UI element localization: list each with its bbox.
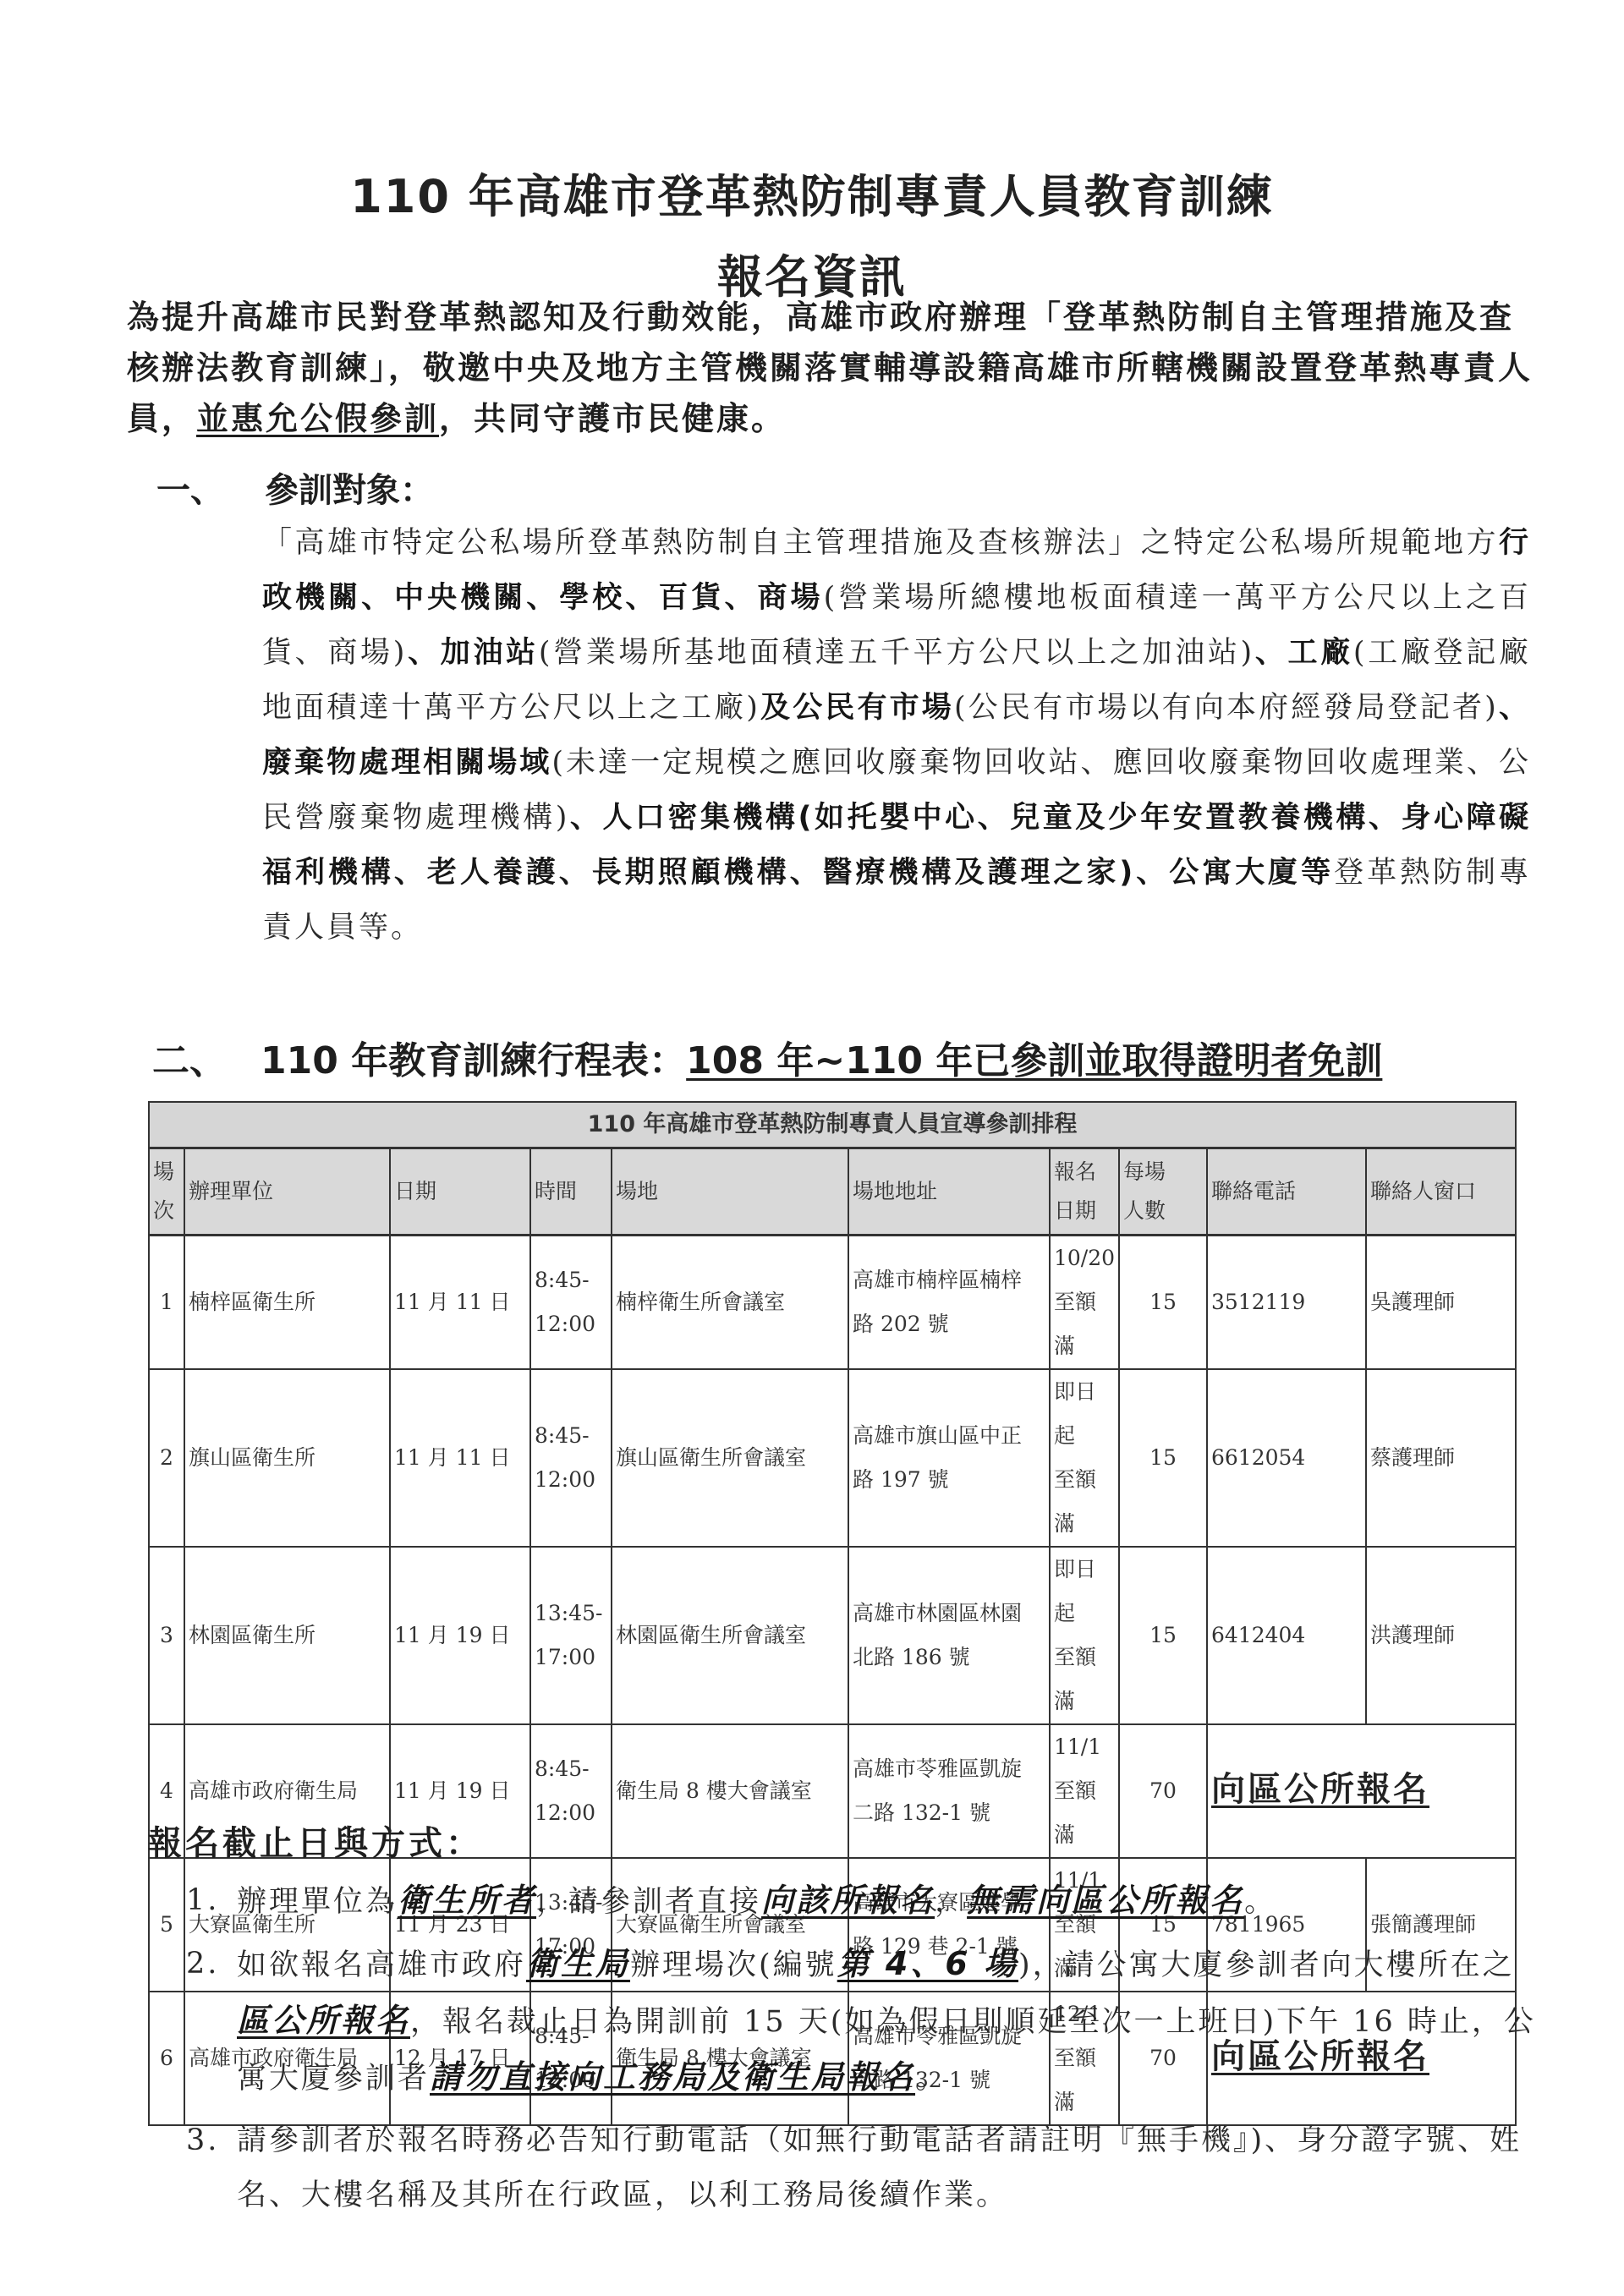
- venue-cell: 旗山區衛生所會議室: [612, 1369, 848, 1547]
- table-caption: 110 年高雄市登革熱防制專責人員宣導參訓排程: [149, 1102, 1516, 1148]
- register-at-district-office-cell: 向區公所報名: [1207, 1724, 1516, 1858]
- contact-cell: 蔡護理師: [1366, 1369, 1516, 1547]
- address-cell: 高雄市林園區林園北路 186 號: [848, 1547, 1050, 1724]
- column-header-line1: 聯絡電話: [1211, 1172, 1362, 1211]
- rule-emphasis: 衛生所者: [398, 1882, 536, 1919]
- registration-start: 即日起: [1054, 1548, 1115, 1636]
- time-cell: 8:45-12:00: [530, 1236, 612, 1370]
- column-header: 報名日期: [1050, 1148, 1119, 1236]
- registration-start: 即日起: [1054, 1370, 1115, 1458]
- time-end: 17:00: [535, 1636, 607, 1680]
- column-header-line2: 日期: [1054, 1192, 1115, 1230]
- registration-start: 11/1: [1054, 1725, 1115, 1769]
- column-header: 時間: [530, 1148, 612, 1236]
- section-3-heading: 報名截止日與方式：: [148, 1817, 483, 1865]
- venue-cell: 楠梓衛生所會議室: [612, 1236, 848, 1370]
- date-cell: 11 月 11 日: [390, 1236, 530, 1370]
- session-number-cell: 3: [149, 1547, 184, 1724]
- body-text: 「高雄市特定公私場所登革熱防制自主管理措施及查核辦法」之特定公私場所規範地方: [262, 526, 1499, 560]
- column-header: 場次: [149, 1148, 184, 1236]
- time-end: 12:00: [535, 1458, 607, 1502]
- session-number-cell: 2: [149, 1369, 184, 1547]
- rule-emphasis: 無需向區公所報名: [967, 1882, 1244, 1919]
- rule-number: 2.: [186, 1937, 219, 1992]
- registration-date-cell: 10/20至額滿: [1050, 1236, 1119, 1370]
- section-1-body: 「高雄市特定公私場所登革熱防制自主管理措施及查核辦法」之特定公私場所規範地方行政…: [262, 516, 1531, 956]
- document-title: 110 年高雄市登革熱防制專責人員教育訓練: [0, 161, 1624, 226]
- column-header-line1: 時間: [535, 1172, 607, 1211]
- table-header-row: 場次辦理單位日期時間場地場地地址報名日期每場人數聯絡電話聯絡人窗口: [149, 1148, 1516, 1236]
- column-header: 日期: [390, 1148, 530, 1236]
- session-number-cell: 6: [149, 1992, 184, 2125]
- column-header-line1: 每場: [1123, 1153, 1203, 1192]
- address-line1: 高雄市苓雅區凱旋: [853, 1747, 1045, 1791]
- column-header: 每場人數: [1119, 1148, 1207, 1236]
- column-header-line1: 辦理單位: [189, 1172, 386, 1211]
- session-number-cell: 1: [149, 1236, 184, 1370]
- time-start: 8:45-: [535, 1414, 607, 1458]
- phone-cell: 6412404: [1207, 1547, 1366, 1724]
- registration-date-cell: 11/1至額滿: [1050, 1724, 1119, 1858]
- address-cell: 高雄市楠梓區楠梓路 202 號: [848, 1236, 1050, 1370]
- column-header-line2: 次: [153, 1192, 180, 1230]
- registration-end: 至額滿: [1054, 1636, 1115, 1723]
- time-start: 13:45-: [535, 1592, 607, 1636]
- column-header: 聯絡電話: [1207, 1148, 1366, 1236]
- registration-rule-item: 3.請參訓者於報名時務必告知行動電話（如無行動電話者請註明『無手機』)、身分證字…: [186, 2113, 1539, 2223]
- time-cell: 8:45-12:00: [530, 1724, 612, 1858]
- registration-rule-item: 1.辦理單位為衛生所者，請參訓者直接向該所報名，無需向區公所報名。: [186, 1873, 1539, 1930]
- rule-text: 辦理單位為: [237, 1885, 398, 1919]
- time-cell: 8:45-12:00: [530, 1369, 612, 1547]
- table-row: 3林園區衛生所11 月 19 日13:45-17:00林園區衛生所會議室高雄市林…: [149, 1547, 1516, 1724]
- intro-underlined-text: 並惠允公假參訓: [196, 400, 439, 437]
- rule-text: ，請參訓者直接: [536, 1885, 761, 1919]
- contact-cell: 洪護理師: [1366, 1547, 1516, 1724]
- organizer-cell: 楠梓區衛生所: [184, 1236, 390, 1370]
- time-start: 8:45-: [535, 1258, 607, 1302]
- venue-cell: 林園區衛生所會議室: [612, 1547, 848, 1724]
- rule-number: 1.: [186, 1873, 219, 1928]
- table-row: 1楠梓區衛生所11 月 11 日8:45-12:00楠梓衛生所會議室高雄市楠梓區…: [149, 1236, 1516, 1370]
- column-header-line1: 報名: [1054, 1153, 1115, 1192]
- rule-text: 請參訓者於報名時務必告知行動電話（如無行動電話者請註明『無手機』)、身分證字號、…: [237, 2123, 1522, 2212]
- registration-rule-item: 2.如欲報名高雄市政府衛生局辦理場次(編號第 4、6 場)，請公寓大廈參訓者向大…: [186, 1937, 1539, 2107]
- address-line2: 二路 132-1 號: [853, 1791, 1045, 1835]
- rule-text: 。: [915, 2062, 947, 2096]
- address-line1: 高雄市楠梓區楠梓: [853, 1258, 1045, 1302]
- address-line1: 高雄市林園區林園: [853, 1592, 1045, 1636]
- address-line2: 路 197 號: [853, 1458, 1045, 1502]
- address-cell: 高雄市旗山區中正路 197 號: [848, 1369, 1050, 1547]
- session-number-cell: 5: [149, 1858, 184, 1992]
- column-header-line1: 場地地址: [853, 1172, 1045, 1211]
- register-at-district-office-note: 向區公所報名: [1211, 1770, 1429, 1809]
- section-1-title: 參訓對象：: [265, 471, 434, 510]
- rule-emphasis: 請勿直接向工務局及衛生局報名: [430, 2058, 915, 2096]
- capacity-cell: 15: [1119, 1369, 1207, 1547]
- emphasized-target: 及公民有市場: [760, 691, 954, 725]
- registration-end: 至額滿: [1054, 1458, 1115, 1546]
- capacity-cell: 70: [1119, 1724, 1207, 1858]
- address-cell: 高雄市苓雅區凱旋二路 132-1 號: [848, 1724, 1050, 1858]
- section-1-number: 一、: [156, 471, 224, 510]
- column-header: 場地地址: [848, 1148, 1050, 1236]
- section-2-exemption-note: 108 年~110 年已參訓並取得證明者免訓: [686, 1039, 1382, 1082]
- address-line2: 北路 186 號: [853, 1636, 1045, 1680]
- rule-emphasis: 區公所報名: [237, 2002, 410, 2039]
- rule-text: )，請公寓大廈參訓者向大樓所在之: [1018, 1948, 1515, 1982]
- time-cell: 13:45-17:00: [530, 1547, 612, 1724]
- rule-text: 辦理場次(編號: [630, 1948, 837, 1982]
- intro-text-2: ，共同守護市民健康。: [439, 400, 786, 437]
- column-header-line1: 聯絡人窗口: [1370, 1172, 1512, 1211]
- emphasized-target: 、工廠: [1254, 636, 1353, 670]
- body-text: (營業場所基地面積達五千平方公尺以上之加油站): [539, 636, 1254, 670]
- registration-rules-list: 1.辦理單位為衛生所者，請參訓者直接向該所報名，無需向區公所報名。2.如欲報名高…: [186, 1873, 1539, 2230]
- section-1-heading: 一、參訓對象：: [156, 463, 434, 512]
- venue-cell: 衛生局 8 樓大會議室: [612, 1724, 848, 1858]
- rule-number: 3.: [186, 2113, 219, 2168]
- column-header: 聯絡人窗口: [1366, 1148, 1516, 1236]
- rule-emphasis: 衛生局: [526, 1945, 630, 1982]
- rule-emphasis: 向該所報名: [761, 1882, 935, 1919]
- column-header-line1: 日期: [394, 1172, 526, 1211]
- body-text: (公民有市場以有向本府經發局登記者): [954, 691, 1499, 725]
- column-header-line2: 人數: [1123, 1192, 1203, 1230]
- registration-start: 10/20: [1054, 1236, 1115, 1280]
- time-start: 8:45-: [535, 1747, 607, 1791]
- section-2-title: 110 年教育訓練行程表：: [261, 1039, 686, 1082]
- column-header: 場地: [612, 1148, 848, 1236]
- rule-text: ，: [935, 1885, 967, 1919]
- date-cell: 11 月 11 日: [390, 1369, 530, 1547]
- section-2-number: 二、: [152, 1039, 227, 1082]
- organizer-cell: 林園區衛生所: [184, 1547, 390, 1724]
- rule-text: 如欲報名高雄市政府: [237, 1948, 526, 1982]
- rule-emphasis: 第 4、6 場: [837, 1945, 1018, 1982]
- time-end: 12:00: [535, 1791, 607, 1835]
- section-2-heading: 二、110 年教育訓練行程表：108 年~110 年已參訓並取得證明者免訓: [152, 1030, 1382, 1084]
- date-cell: 11 月 19 日: [390, 1547, 530, 1724]
- column-header-line1: 場地: [616, 1172, 844, 1211]
- table-row: 2旗山區衛生所11 月 11 日8:45-12:00旗山區衛生所會議室高雄市旗山…: [149, 1369, 1516, 1547]
- address-line2: 路 202 號: [853, 1302, 1045, 1346]
- contact-cell: 吳護理師: [1366, 1236, 1516, 1370]
- rule-text: 。: [1244, 1885, 1276, 1919]
- phone-cell: 6612054: [1207, 1369, 1366, 1547]
- registration-date-cell: 即日起至額滿: [1050, 1547, 1119, 1724]
- registration-date-cell: 即日起至額滿: [1050, 1369, 1119, 1547]
- registration-end: 至額滿: [1054, 1280, 1115, 1368]
- time-end: 12:00: [535, 1302, 607, 1346]
- registration-end: 至額滿: [1054, 1769, 1115, 1857]
- organizer-cell: 旗山區衛生所: [184, 1369, 390, 1547]
- capacity-cell: 15: [1119, 1236, 1207, 1370]
- column-header: 辦理單位: [184, 1148, 390, 1236]
- phone-cell: 3512119: [1207, 1236, 1366, 1370]
- intro-paragraph: 為提升高雄市民對登革熱認知及行動效能，高雄市政府辦理「登革熱防制自主管理措施及查…: [127, 292, 1548, 444]
- document-page: 110 年高雄市登革熱防制專責人員教育訓練 報名資訊 為提升高雄市民對登革熱認知…: [0, 0, 1624, 2296]
- emphasized-target: 、加油站: [407, 636, 538, 670]
- capacity-cell: 15: [1119, 1547, 1207, 1724]
- column-header-line1: 場: [153, 1153, 180, 1192]
- address-line1: 高雄市旗山區中正: [853, 1414, 1045, 1458]
